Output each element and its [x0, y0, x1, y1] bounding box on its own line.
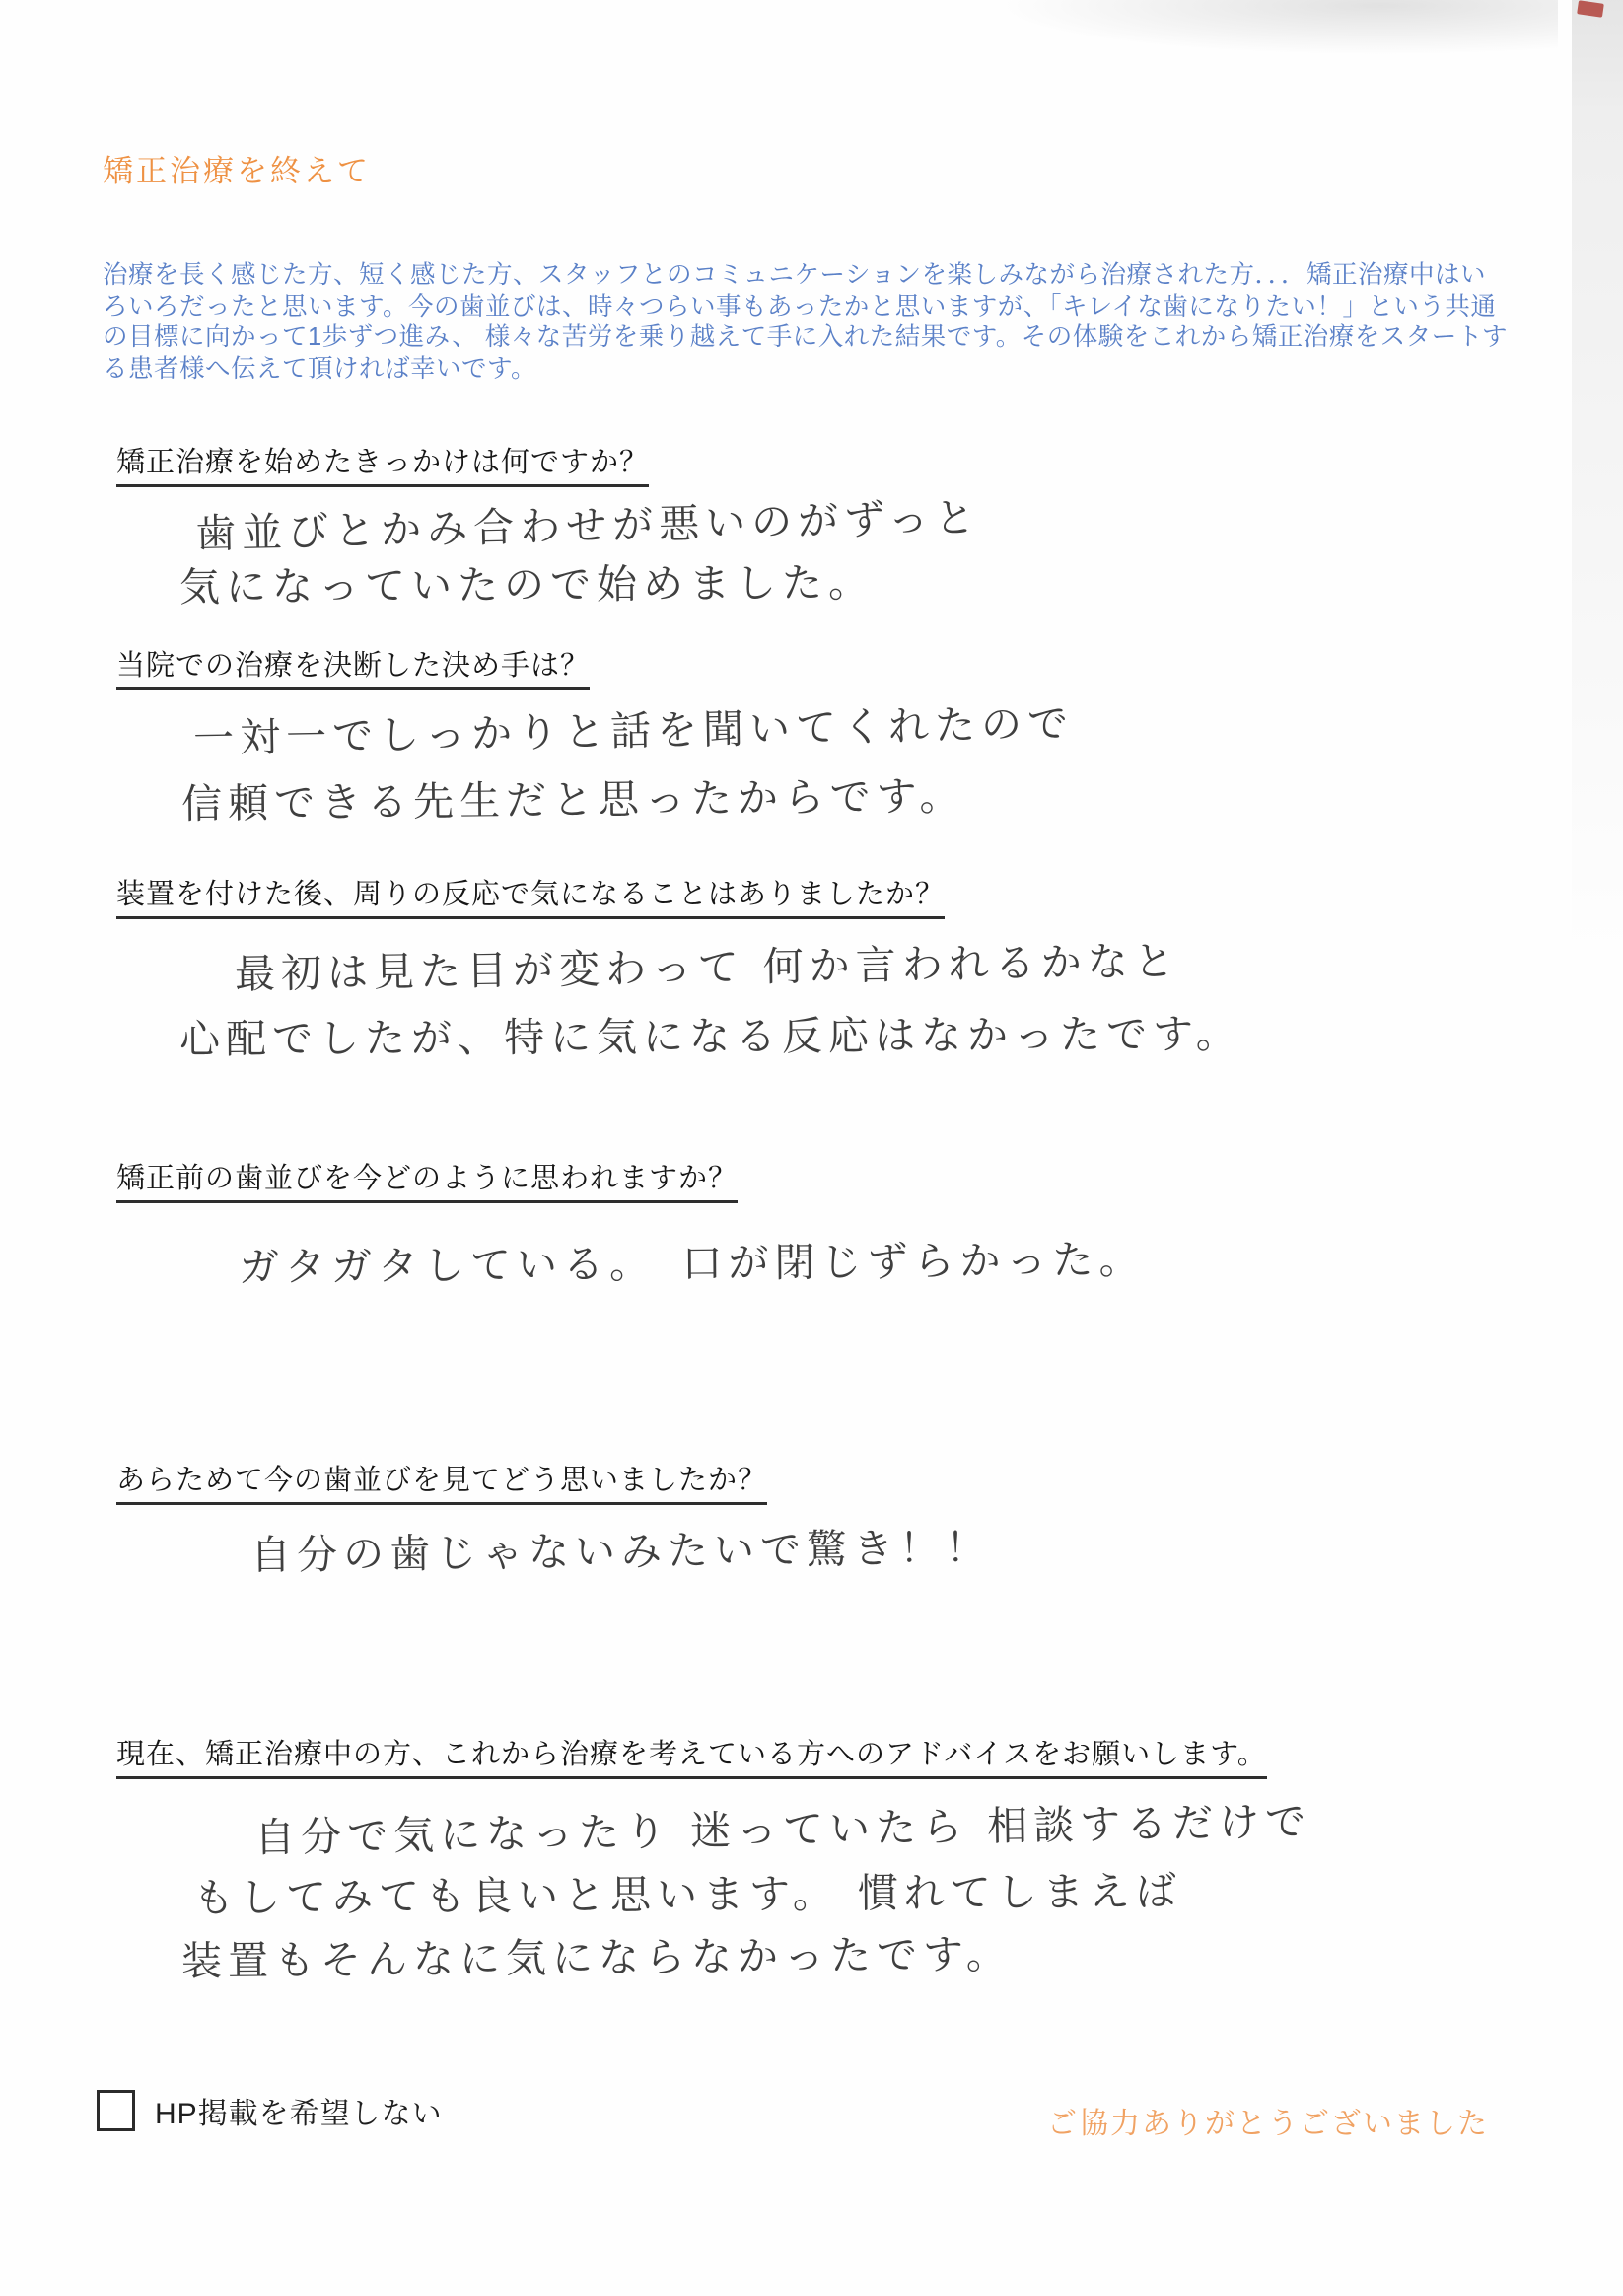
question-3-answer-line: 心配でしたが、特に気になる反応はなかったです。	[179, 1001, 1242, 1065]
hp-opt-out-checkbox[interactable]	[97, 2090, 135, 2131]
question-3-answer-line: 最初は見た目が変わって 何か言われるかなと	[235, 928, 1180, 999]
questionnaire-page: 矯正治療を終えて 治療を長く感じた方、短く感じた方、スタッフとのコミュニケーショ…	[0, 0, 1623, 2296]
question-6-answer-line: 自分で気になったり 迷っていたら 相談するだけで	[254, 1789, 1312, 1864]
intro-paragraph: 治療を長く感じた方、短く感じた方、スタッフとのコミュニケーションを楽しみながら治…	[103, 260, 1582, 385]
intro-line: の目標に向かって1歩ずつ進み、 様々な苦労を乗り越えて手に入れた結果です。その体…	[103, 323, 1582, 354]
question-6-answer-line: もしてみても良いと思います。 慣れてしまえば	[193, 1859, 1182, 1924]
question-1-answer-line: 歯並びとかみ合わせが悪いのがずっと	[194, 485, 981, 560]
question-5-answer-line: 自分の歯じゃないみたいで驚き！！	[250, 1515, 993, 1581]
question-2-answer-line: 一対一でしっかりと話を聞いてくれたので	[193, 690, 1075, 764]
question-2-answer-line: 信頼できる先生だと思ったからです。	[181, 763, 966, 829]
question-6-label: 現在、矯正治療中の方、これから治療を考えている方へのアドバイスをお願いします。	[116, 1732, 1267, 1779]
question-6-answer-line: 装置もそんなに気にならなかったです。	[181, 1921, 1013, 1986]
scan-smudge-top	[966, 0, 1558, 59]
hp-opt-out-label: HP掲載を希望しない	[155, 2089, 443, 2132]
question-4-label: 矯正前の歯並びを今どのように思われますか？	[116, 1156, 738, 1203]
page-title: 矯正治療を終えて	[103, 146, 371, 190]
intro-line: 治療を長く感じた方、短く感じた方、スタッフとのコミュニケーションを楽しみながら治…	[103, 260, 1582, 292]
hp-opt-out-row: HP掲載を希望しない	[97, 2089, 443, 2132]
intro-line: る患者様へ伝えて頂ければ幸いです。	[103, 354, 1582, 386]
question-3-label: 装置を付けた後、周りの反応で気になることはありましたか？	[116, 872, 945, 919]
question-1-label: 矯正治療を始めたきっかけは何ですか？	[116, 440, 649, 487]
question-2-label: 当院での治療を決断した決め手は？	[116, 643, 590, 690]
intro-line: ろいろだったと思います。今の歯並びは、時々つらい事もあったかと思いますが、「キレ…	[103, 292, 1582, 323]
thanks-message: ご協力ありがとうございました	[1047, 2099, 1489, 2142]
question-4-answer-line: ガタガタしている。 口が閉じずらかった。	[239, 1227, 1146, 1293]
question-5-label: あらためて今の歯並びを見てどう思いましたか？	[116, 1458, 767, 1505]
scan-shadow-right-edge	[1572, 0, 1623, 967]
question-1-answer-line: 気になっていたので始めました。	[179, 550, 875, 613]
